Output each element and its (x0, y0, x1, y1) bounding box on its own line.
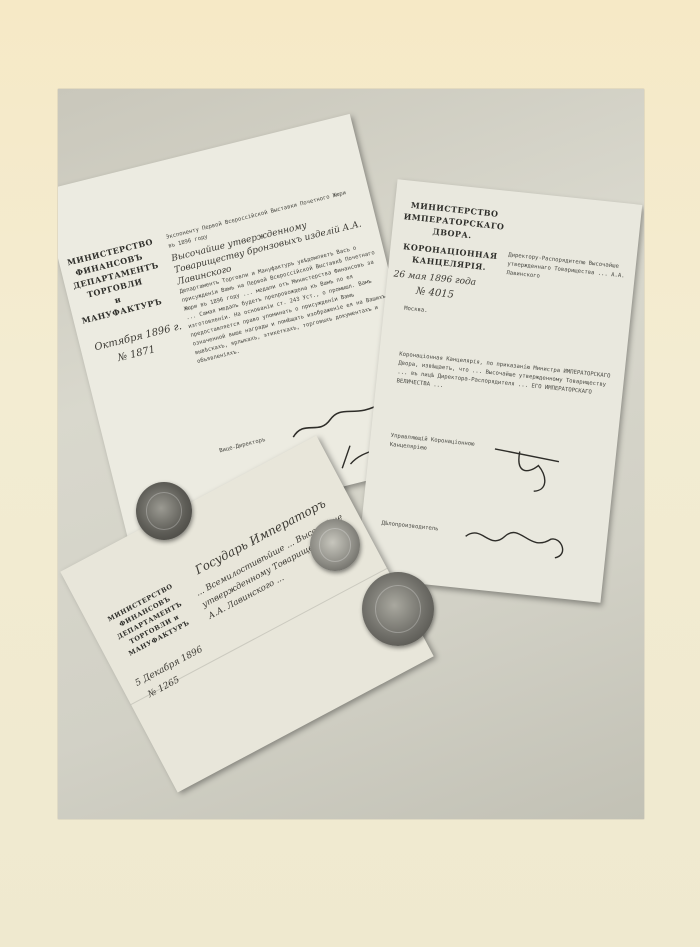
book-page: МИНИСТЕРСТВО ФИНАНСОВЪ ДЕПАРТАМЕНТЪ ТОРГ… (0, 0, 700, 947)
medal-large-icon (362, 572, 434, 646)
addressee-typed: Директору-Распорядителю Высочайше утверж… (506, 251, 628, 290)
signatory-label: Вице-Директоръ (219, 436, 267, 456)
medal-seated-figure-icon (310, 519, 360, 571)
signatory-label: Управляющiй Коронацiонною Канцелярiею (389, 432, 500, 461)
date-handwritten: 26 мая 1896 года (393, 269, 476, 288)
signature-icon (486, 440, 581, 499)
photo-plate: МИНИСТЕРСТВО ФИНАНСОВЪ ДЕПАРТАМЕНТЪ ТОРГ… (58, 89, 644, 819)
number-handwritten: № 1871 (117, 344, 157, 364)
medal-face (146, 492, 182, 529)
document-imperial-court: МИНИСТЕРСТВО ИМПЕРАТОРСКАГО ДВОРА. КОРОН… (356, 179, 642, 603)
medal-portrait-icon (136, 482, 192, 540)
document-header: МИНИСТЕРСТВО ФИНАНСОВЪ ДЕПАРТАМЕНТЪ ТОРГ… (66, 237, 161, 326)
signature-icon (459, 518, 582, 566)
body-typed: Коронацiонная Канцелярiя, по приказанiю … (396, 350, 614, 408)
place-typed: Москва. (404, 305, 428, 316)
medal-face (375, 585, 421, 632)
signatory-label: Дѣлопроизводитель (381, 519, 439, 534)
number-handwritten: № 4015 (415, 286, 454, 301)
medal-face (319, 528, 351, 561)
document-header: МИНИСТЕРСТВО ИМПЕРАТОРСКАГО ДВОРА. КОРОН… (399, 198, 505, 274)
